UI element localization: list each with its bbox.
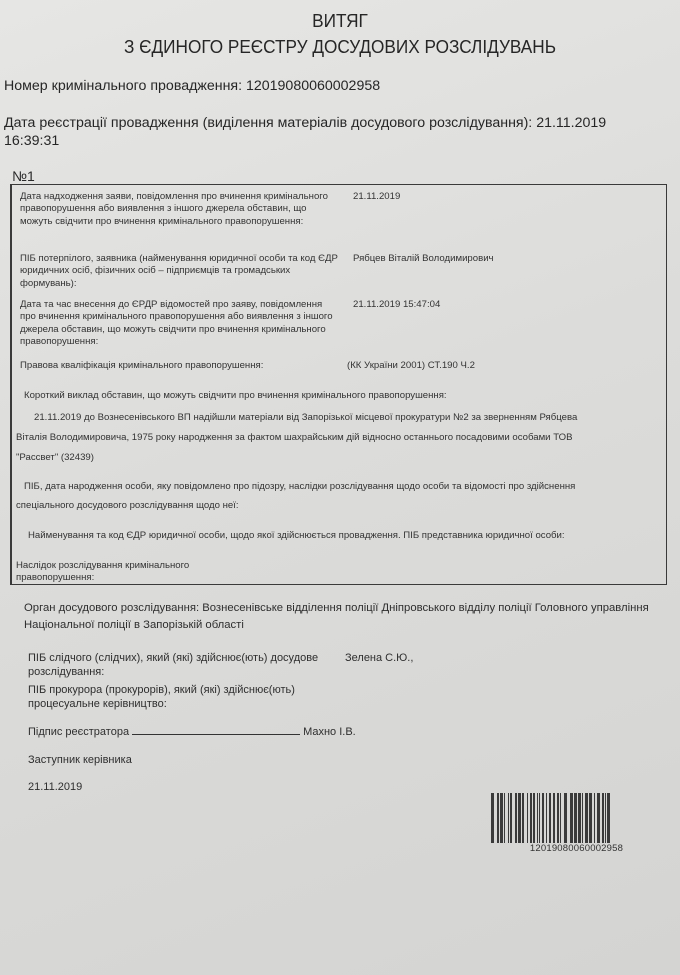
outcome-label: Наслідок розслідування кримінального пра…: [16, 560, 189, 585]
entry-row-value: 21.11.2019 15:47:04: [353, 299, 440, 311]
entry-row-victim: ПІБ потерпілого, заявника (найменування …: [20, 253, 338, 290]
legal-entity-label: Найменування та код ЄДР юридичної особи,…: [28, 530, 565, 542]
prosecutor-label-2: процесуальне керівництво:: [28, 697, 295, 711]
summary-text-1: 21.11.2019 до Вознесенівського ВП надійш…: [34, 412, 577, 424]
entry-row-label: Дата надходження заяви, повідомлення про…: [20, 191, 338, 243]
entry-row-label: Дата та час внесення до ЄРДР відомостей …: [20, 299, 338, 349]
outcome-label-2: правопорушення:: [16, 572, 189, 584]
document-page: ВИТЯГ З ЄДИНОГО РЕЄСТРУ ДОСУДОВИХ РОЗСЛІ…: [0, 0, 680, 975]
suspect-label-1: ПІБ, дата народження особи, яку повідомл…: [24, 481, 575, 493]
document-title: ВИТЯГ З ЄДИНОГО РЕЄСТРУ ДОСУДОВИХ РОЗСЛІ…: [0, 8, 680, 60]
title-line-1: ВИТЯГ: [24, 8, 656, 34]
authority-line-2: Національної поліції в Запорізькій облас…: [24, 617, 649, 634]
position-title: Заступник керівника: [28, 753, 132, 767]
entry-number: №1: [12, 168, 35, 184]
sign-date: 21.11.2019: [28, 780, 82, 794]
prosecutor-label-1: ПІБ прокурора (прокурорів), який (які) з…: [28, 683, 295, 697]
summary-text-2: Віталія Володимировича, 1975 року народж…: [16, 432, 573, 444]
signature-name: Махно І.В.: [303, 726, 356, 738]
authority-line-1: Орган досудового розслідування: Вознесен…: [24, 600, 649, 617]
registration-date-line-1: Дата реєстрації провадження (виділення м…: [4, 114, 644, 132]
barcode-number: 12019080060002958: [491, 843, 662, 854]
outcome-label-1: Наслідок розслідування кримінального: [16, 560, 189, 572]
prosecutor: ПІБ прокурора (прокурорів), який (які) з…: [28, 683, 295, 711]
investigator-label-2: розслідування:: [28, 665, 318, 679]
entry-row-label: Правова кваліфікація кримінального право…: [20, 360, 338, 372]
entry-row-receipt-date: Дата надходження заяви, повідомлення про…: [20, 191, 338, 243]
registrar-signature: Підпис реєстратораМахно І.В.: [28, 724, 356, 739]
summary-text-3: "Рассвет" (32439): [16, 452, 94, 464]
investigator: ПІБ слідчого (слідчих), який (які) здійс…: [28, 651, 318, 679]
case-number: Номер кримінального провадження: 1201908…: [4, 78, 380, 94]
signature-line: [132, 724, 300, 735]
registration-date-line-2: 16:39:31: [4, 132, 644, 150]
entry-row-value: (КК України 2001) СТ.190 Ч.2: [347, 360, 475, 372]
entry-table: Дата надходження заяви, повідомлення про…: [10, 184, 667, 585]
entry-row-label: ПІБ потерпілого, заявника (найменування …: [20, 253, 338, 290]
entry-row-erdr-date: Дата та час внесення до ЄРДР відомостей …: [20, 299, 338, 349]
signature-label: Підпис реєстратора: [28, 726, 129, 738]
entry-row-value: 21.11.2019: [353, 191, 400, 203]
title-line-2: З ЄДИНОГО РЕЄСТРУ ДОСУДОВИХ РОЗСЛІДУВАНЬ: [24, 34, 656, 60]
summary-label: Короткий виклад обставин, що можуть свід…: [24, 390, 447, 402]
entry-row-value: Рябцев Віталій Володимирович: [353, 253, 494, 265]
investigator-label-1: ПІБ слідчого (слідчих), який (які) здійс…: [28, 651, 318, 665]
investigator-value: Зелена С.Ю.,: [345, 651, 413, 665]
registration-date: Дата реєстрації провадження (виділення м…: [4, 114, 644, 150]
barcode: [491, 793, 662, 843]
investigation-authority: Орган досудового розслідування: Вознесен…: [24, 600, 649, 634]
suspect-label-2: спеціального досудового розслідування що…: [16, 500, 239, 512]
entry-row-qualification: Правова кваліфікація кримінального право…: [20, 360, 338, 372]
